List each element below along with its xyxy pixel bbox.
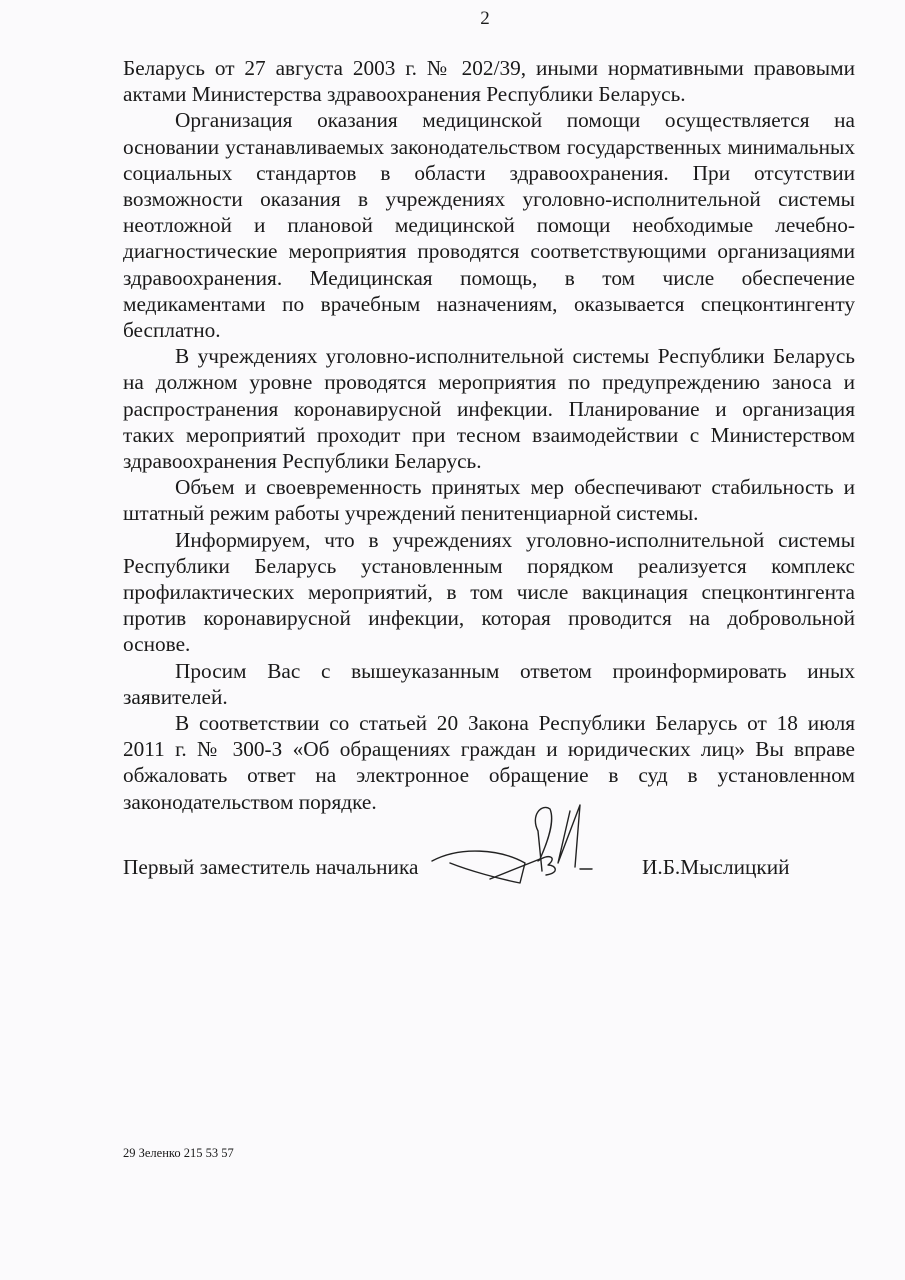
signature-block: Первый заместитель начальника И.Б.Мыслиц…: [123, 851, 855, 883]
letter-body: Беларусь от 27 августа 2003 г. № 202/39,…: [123, 55, 855, 815]
page-number: 2: [0, 8, 905, 30]
paragraph-continuation: Беларусь от 27 августа 2003 г. № 202/39,…: [123, 55, 855, 107]
executor-note: 29 Зеленко 215 53 57: [123, 1146, 234, 1161]
paragraph-coronavirus-prevention: В учреждениях уголовно-исполнительной си…: [123, 343, 855, 474]
handwritten-signature-icon: [430, 801, 600, 891]
paragraph-stability: Объем и своевременность принятых мер обе…: [123, 474, 855, 526]
signatory-name: И.Б.Мыслицкий: [642, 855, 790, 880]
paragraph-vaccination: Информируем, что в учреждениях уголовно-…: [123, 527, 855, 658]
paragraph-inform-others: Просим Вас с вышеуказанным ответом проин…: [123, 658, 855, 710]
signatory-title: Первый заместитель начальника: [123, 855, 418, 880]
paragraph-medical-care: Организация оказания медицинской помощи …: [123, 107, 855, 343]
paragraph-appeal-rights: В соответствии со статьей 20 Закона Респ…: [123, 710, 855, 815]
